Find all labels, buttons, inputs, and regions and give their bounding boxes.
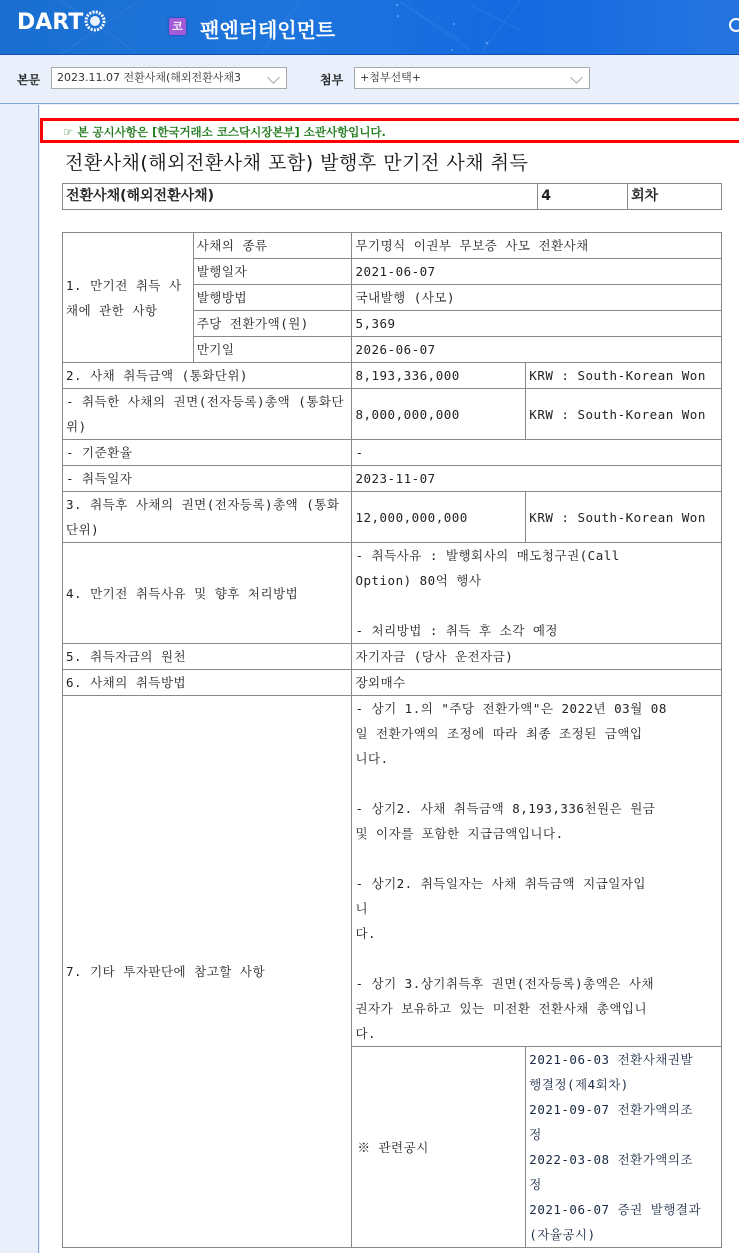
blank-line — [355, 846, 718, 871]
top-header: DART 코 팬엔터테인먼트 — [0, 0, 739, 55]
row-label: 7. 기타 투자판단에 참고할 사항 — [63, 696, 352, 1248]
row-value: 2026-06-07 — [352, 337, 722, 363]
table-row: 4. 만기전 취득사유 및 향후 처리방법 - 취득사유 : 발행회사의 매도청… — [63, 543, 722, 644]
row-value: 국내발행 (사모) — [352, 285, 722, 311]
text-line: 및 이자를 포함한 지급금액입니다. — [355, 821, 718, 846]
bond-type-header-table: 전환사채(해외전환사채) 4 회차 — [62, 183, 722, 210]
currency-value: KRW : South-Korean Won — [526, 492, 722, 543]
table-row: - 취득한 사채의 권면(전자등록)총액 (통화단위) 8,000,000,00… — [63, 389, 722, 440]
row-value: 2021-06-07 — [352, 259, 722, 285]
text-line: 니다. — [355, 746, 718, 771]
body-label: 본문 — [17, 71, 40, 88]
related-disclosure-link[interactable]: 정 — [529, 1122, 718, 1147]
text-line: - 상기 3.상기취득후 권면(전자등록)총액은 사채 — [355, 971, 718, 996]
section-1-label: 1. 만기전 취득 사채에 관한 사항 — [63, 233, 194, 363]
row-label: - 기준환율 — [63, 440, 352, 466]
kosdaq-market-badge: 코 — [169, 18, 186, 35]
series-number: 4 — [538, 184, 628, 210]
row-value: 자기자금 (당사 운전자금) — [352, 644, 722, 670]
row-label: 6. 사채의 취득방법 — [63, 670, 352, 696]
related-disclosures-label: ※ 관련공시 — [352, 1047, 526, 1248]
text-line: 다. — [355, 921, 718, 946]
related-disclosure-link[interactable]: 정 — [529, 1172, 718, 1197]
text-line: - 상기 1.의 "주당 전환가액"은 2022년 03월 08 — [355, 696, 718, 721]
table-row: 3. 취득후 사채의 권면(전자등록)총액 (통화단위) 12,000,000,… — [63, 492, 722, 543]
text-line: - 취득사유 : 발행회사의 매도청구권(Call — [355, 543, 718, 568]
row-label: 발행방법 — [193, 285, 352, 311]
jurisdiction-notice: ☞ 본 공시사항은 [한국거래소 코스닥시장본부] 소관사항입니다. — [40, 118, 739, 143]
related-disclosure-link[interactable]: 2022-03-08 전환가액의조 — [529, 1147, 718, 1172]
currency-value: KRW : South-Korean Won — [526, 389, 722, 440]
row-label: 주당 전환가액(원) — [193, 311, 352, 337]
currency-value: KRW : South-Korean Won — [526, 363, 722, 389]
attachment-select[interactable]: +첨부선택+ — [354, 67, 590, 89]
table-row: 2. 사채 취득금액 (통화단위) 8,193,336,000 KRW : So… — [63, 363, 722, 389]
table-row: 6. 사채의 취득방법 장외매수 — [63, 670, 722, 696]
row-label: 2. 사채 취득금액 (통화단위) — [63, 363, 352, 389]
row-value: 8,000,000,000 — [352, 389, 526, 440]
blank-line — [355, 946, 718, 971]
related-disclosures-list: 2021-06-03 전환사채권발 행결정(제4회차) 2021-09-07 전… — [526, 1047, 722, 1248]
table-row: - 취득일자 2023-11-07 — [63, 466, 722, 492]
text-line: 다. — [355, 1021, 718, 1046]
row-value: 무기명식 이권부 무보증 사모 전환사채 — [352, 233, 722, 259]
network-pattern-decoration — [0, 0, 739, 55]
company-name: 팬엔터테인먼트 — [200, 14, 335, 43]
document-viewer[interactable]: ☞ 본 공시사항은 [한국거래소 코스닥시장본부] 소관사항입니다. 전환사채(… — [40, 105, 739, 1253]
row-label: 발행일자 — [193, 259, 352, 285]
text-line: 일 전환가액의 조정에 따라 최종 조정된 금액입 — [355, 721, 718, 746]
text-line: Option) 80억 행사 — [355, 568, 718, 593]
disclosure-table: 1. 만기전 취득 사채에 관한 사항 사채의 종류 무기명식 이권부 무보증 … — [62, 232, 722, 1248]
text-line: - 상기2. 사채 취득금액 8,193,336천원은 원금 — [355, 796, 718, 821]
bond-type: 전환사채(해외전환사채) — [63, 184, 538, 210]
related-disclosure-link[interactable]: 2021-09-07 전환가액의조 — [529, 1097, 718, 1122]
body-document-select[interactable]: 2023.11.07 전환사채(해외전환사채3 — [51, 67, 287, 89]
row-value-multiline: - 상기 1.의 "주당 전환가액"은 2022년 03월 08 일 전환가액의… — [352, 696, 722, 1047]
row-label: 만기일 — [193, 337, 352, 363]
document-toolbar: 본문 2023.11.07 전환사채(해외전환사채3 첨부 +첨부선택+ — [0, 56, 739, 104]
row-value: - — [352, 440, 722, 466]
dart-logo[interactable]: DART — [17, 10, 106, 35]
attach-label: 첨부 — [320, 71, 343, 88]
row-value: 8,193,336,000 — [352, 363, 526, 389]
table-row: 1. 만기전 취득 사채에 관한 사항 사채의 종류 무기명식 이권부 무보증 … — [63, 233, 722, 259]
dart-burst-icon — [84, 10, 106, 32]
text-line: - 상기2. 취득일자는 사채 취득금액 지급일자입 — [355, 871, 718, 896]
related-disclosure-link[interactable]: 2021-06-07 증권 발행결과 — [529, 1197, 718, 1222]
series-unit: 회차 — [628, 184, 722, 210]
blank-line — [355, 593, 718, 618]
row-value: 장외매수 — [352, 670, 722, 696]
attach-select-value: +첨부선택+ — [360, 71, 421, 84]
row-value: 12,000,000,000 — [352, 492, 526, 543]
related-disclosure-link[interactable]: (자율공시) — [529, 1222, 718, 1247]
row-label: 5. 취득자금의 원천 — [63, 644, 352, 670]
body-select-value: 2023.11.07 전환사채(해외전환사채3 — [57, 71, 241, 84]
table-row: 5. 취득자금의 원천 자기자금 (당사 운전자금) — [63, 644, 722, 670]
related-disclosure-link[interactable]: 2021-06-03 전환사채권발 — [529, 1047, 718, 1072]
row-value-multiline: - 취득사유 : 발행회사의 매도청구권(Call Option) 80억 행사… — [352, 543, 722, 644]
row-label: 3. 취득후 사채의 권면(전자등록)총액 (통화단위) — [63, 492, 352, 543]
row-label: 4. 만기전 취득사유 및 향후 처리방법 — [63, 543, 352, 644]
search-icon[interactable] — [729, 18, 739, 32]
related-disclosure-link[interactable]: 행결정(제4회차) — [529, 1072, 718, 1097]
chevron-down-icon — [570, 71, 583, 84]
row-value: 5,369 — [352, 311, 722, 337]
table-row: 7. 기타 투자판단에 참고할 사항 - 상기 1.의 "주당 전환가액"은 2… — [63, 696, 722, 1047]
table-row: - 기준환율 - — [63, 440, 722, 466]
left-panel-edge — [0, 105, 39, 1253]
notice-text: ☞ 본 공시사항은 [한국거래소 코스닥시장본부] 소관사항입니다. — [63, 124, 386, 140]
blank-line — [355, 771, 718, 796]
row-label: 사채의 종류 — [193, 233, 352, 259]
row-label: - 취득한 사채의 권면(전자등록)총액 (통화단위) — [63, 389, 352, 440]
text-line: 니 — [355, 896, 718, 921]
row-value: 2023-11-07 — [352, 466, 722, 492]
dart-logo-text: DART — [17, 10, 83, 35]
text-line: - 처리방법 : 취득 후 소각 예정 — [355, 618, 718, 643]
text-line: 권자가 보유하고 있는 미전환 전환사채 총액입니 — [355, 996, 718, 1021]
page-title: 전환사채(해외전환사채 포함) 발행후 만기전 사채 취득 — [65, 148, 528, 175]
row-label: - 취득일자 — [63, 466, 352, 492]
chevron-down-icon — [267, 71, 280, 84]
